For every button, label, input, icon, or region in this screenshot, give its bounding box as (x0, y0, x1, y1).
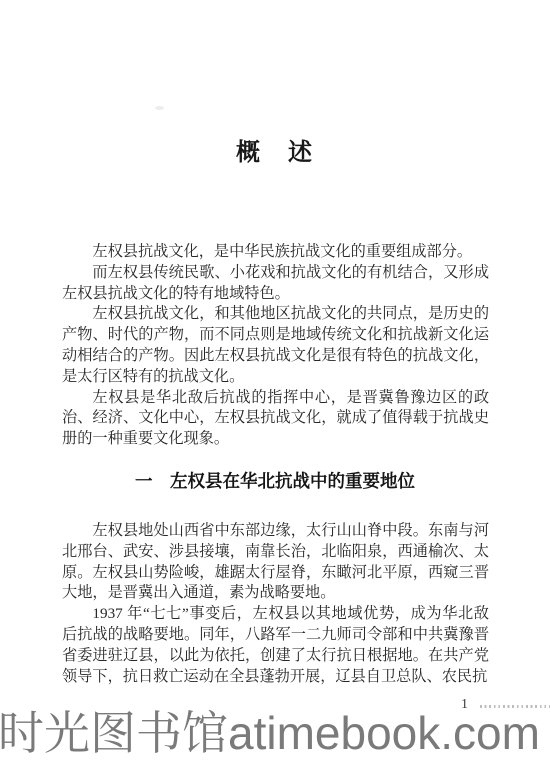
paragraph: 左权县地处山西省中东部边缘，太行山山脊中段。东南与河北邢台、武安、涉县接壤，南靠… (62, 521, 489, 604)
section-heading: 一 左权县在华北抗战中的重要地位 (0, 470, 550, 493)
paragraph: 左权县是华北敌后抗战的指挥中心，是晋冀鲁豫边区的政治、经济、文化中心，左权县抗战… (62, 388, 489, 450)
paragraph: 1937 年“七七”事变后，左权县以其地域优势，成为华北敌后抗战的战略要地。同年… (62, 604, 489, 687)
section-text-block: 左权县地处山西省中东部边缘，太行山山脊中段。东南与河北邢台、武安、涉县接壤，南靠… (62, 521, 489, 687)
paragraph: 而左权县传统民歌、小花戏和抗战文化的有机结合，又形成左权县抗战文化的特有地域特色… (62, 263, 489, 305)
chapter-title: 概 述 (0, 138, 550, 168)
watermark-text: 时光图书馆atimebook.com (0, 706, 550, 760)
book-page: 概 述 左权县抗战文化，是中华民族抗战文化的重要组成部分。 而左权县传统民歌、小… (0, 0, 550, 768)
paragraph: 左权县抗战文化，是中华民族抗战文化的重要组成部分。 (62, 242, 489, 263)
intro-text-block: 左权县抗战文化，是中华民族抗战文化的重要组成部分。 而左权县传统民歌、小花戏和抗… (62, 242, 489, 450)
scan-artifact (155, 106, 164, 110)
paragraph: 左权县抗战文化，和其他地区抗战文化的共同点，是历史的产物、时代的产物，而不同点则… (62, 304, 489, 387)
